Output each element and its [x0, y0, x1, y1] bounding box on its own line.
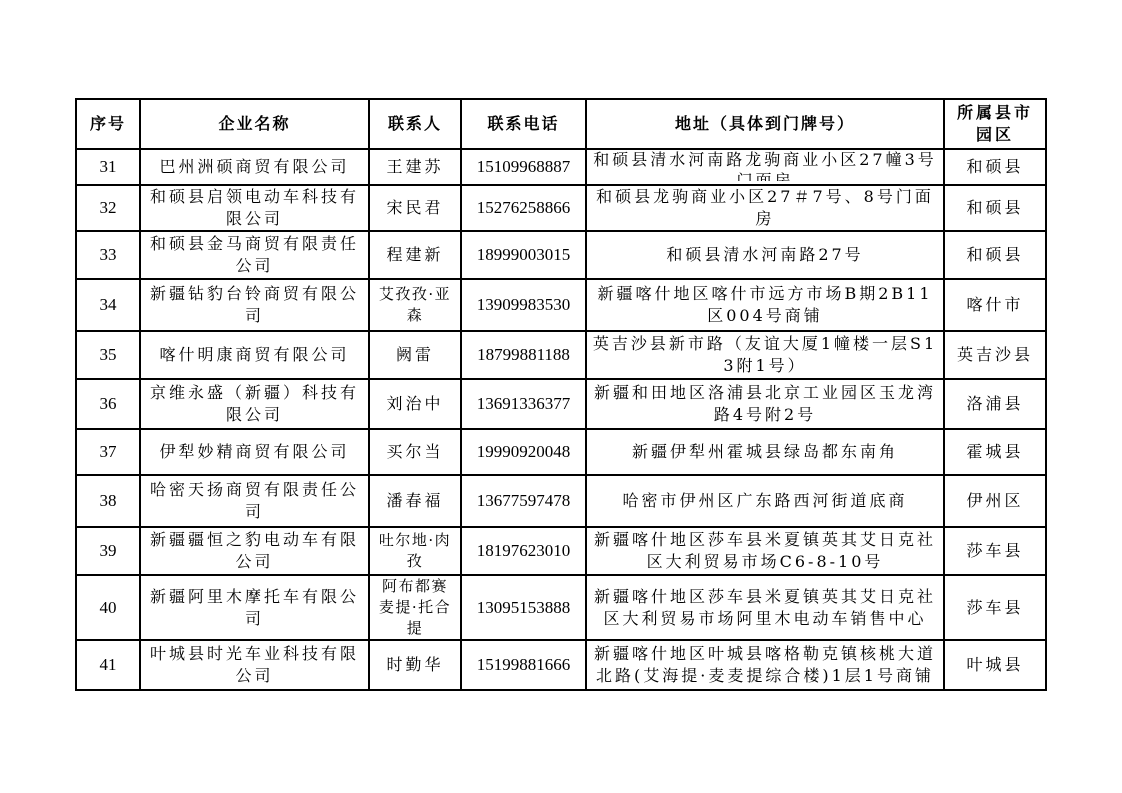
table-row: 40 新疆阿里木摩托车有限公司 阿布都赛麦提·托合提 13095153888 新…: [76, 575, 1046, 640]
header-row: 序号 企业名称 联系人 联系电话 地址（具体到门牌号） 所属县市园区: [76, 99, 1046, 149]
cell-region: 英吉沙县: [944, 331, 1046, 379]
cell-region: 霍城县: [944, 429, 1046, 475]
cell-region: 和硕县: [944, 231, 1046, 279]
table-row: 37 伊犁妙精商贸有限公司 买尔当 19990920048 新疆伊犁州霍城县绿岛…: [76, 429, 1046, 475]
header-company: 企业名称: [140, 99, 369, 149]
cell-phone: 15276258866: [461, 185, 586, 231]
cell-no: 36: [76, 379, 140, 429]
table-row: 33 和硕县金马商贸有限责任公司 程建新 18999003015 和硕县清水河南…: [76, 231, 1046, 279]
cell-company: 叶城县时光车业科技有限公司: [140, 640, 369, 690]
cell-region: 洛浦县: [944, 379, 1046, 429]
cell-no: 31: [76, 149, 140, 185]
cell-company: 和硕县启领电动车科技有限公司: [140, 185, 369, 231]
cell-no: 35: [76, 331, 140, 379]
cell-company: 新疆阿里木摩托车有限公司: [140, 575, 369, 640]
cell-phone: 18799881188: [461, 331, 586, 379]
cell-company: 伊犁妙精商贸有限公司: [140, 429, 369, 475]
cell-phone: 13677597478: [461, 475, 586, 527]
header-address: 地址（具体到门牌号）: [586, 99, 944, 149]
table-row: 38 哈密天扬商贸有限责任公司 潘春福 13677597478 哈密市伊州区广东…: [76, 475, 1046, 527]
table-row: 34 新疆钻豹台铃商贸有限公司 艾孜孜·亚森 13909983530 新疆喀什地…: [76, 279, 1046, 331]
cell-contact: 王建苏: [369, 149, 461, 185]
cell-address: 新疆喀什地区喀什市远方市场B期2B11区004号商铺: [586, 279, 944, 331]
table-row: 32 和硕县启领电动车科技有限公司 宋民君 15276258866 和硕县龙驹商…: [76, 185, 1046, 231]
cell-address: 新疆伊犁州霍城县绿岛都东南角: [586, 429, 944, 475]
company-table: 序号 企业名称 联系人 联系电话 地址（具体到门牌号） 所属县市园区 31 巴州…: [75, 98, 1047, 691]
cell-region: 和硕县: [944, 185, 1046, 231]
cell-contact: 艾孜孜·亚森: [369, 279, 461, 331]
cell-company: 喀什明康商贸有限公司: [140, 331, 369, 379]
cell-address: 和硕县龙驹商业小区27＃7号、8号门面房: [586, 185, 944, 231]
cell-contact: 宋民君: [369, 185, 461, 231]
table-row: 31 巴州洲硕商贸有限公司 王建苏 15109968887 和硕县清水河南路龙驹…: [76, 149, 1046, 185]
cell-contact: 吐尔地·肉孜: [369, 527, 461, 575]
header-contact: 联系人: [369, 99, 461, 149]
cell-phone: 13909983530: [461, 279, 586, 331]
cell-address: 英吉沙县新市路（友谊大厦1幢楼一层S13附1号）: [586, 331, 944, 379]
cell-address: 哈密市伊州区广东路西河街道底商: [586, 475, 944, 527]
cell-phone: 13095153888: [461, 575, 586, 640]
table-row: 36 京维永盛（新疆）科技有限公司 刘治中 13691336377 新疆和田地区…: [76, 379, 1046, 429]
header-no: 序号: [76, 99, 140, 149]
cell-contact: 阿布都赛麦提·托合提: [369, 575, 461, 640]
cell-address: 新疆喀什地区莎车县米夏镇英其艾日克社区大利贸易市场C6-8-10号: [586, 527, 944, 575]
cell-address: 新疆和田地区洛浦县北京工业园区玉龙湾路4号附2号: [586, 379, 944, 429]
cell-contact: 潘春福: [369, 475, 461, 527]
cell-company: 新疆钻豹台铃商贸有限公司: [140, 279, 369, 331]
cell-contact: 时勤华: [369, 640, 461, 690]
cell-address: 和硕县清水河南路龙驹商业小区27幢3号门面房: [586, 149, 944, 185]
table-row: 39 新疆疆恒之豹电动车有限公司 吐尔地·肉孜 18197623010 新疆喀什…: [76, 527, 1046, 575]
cell-phone: 13691336377: [461, 379, 586, 429]
cell-phone: 19990920048: [461, 429, 586, 475]
header-region: 所属县市园区: [944, 99, 1046, 149]
cell-address: 新疆喀什地区叶城县喀格勒克镇核桃大道北路(艾海提·麦麦提综合楼)1层1号商铺: [586, 640, 944, 690]
cell-address: 和硕县清水河南路27号: [586, 231, 944, 279]
cell-no: 41: [76, 640, 140, 690]
cell-phone: 18197623010: [461, 527, 586, 575]
cell-company: 巴州洲硕商贸有限公司: [140, 149, 369, 185]
cell-contact: 阙雷: [369, 331, 461, 379]
cell-region: 伊州区: [944, 475, 1046, 527]
cell-no: 39: [76, 527, 140, 575]
cell-no: 34: [76, 279, 140, 331]
cell-region: 叶城县: [944, 640, 1046, 690]
cell-region: 莎车县: [944, 527, 1046, 575]
cell-company: 和硕县金马商贸有限责任公司: [140, 231, 369, 279]
cell-phone: 15109968887: [461, 149, 586, 185]
table-row: 35 喀什明康商贸有限公司 阙雷 18799881188 英吉沙县新市路（友谊大…: [76, 331, 1046, 379]
cell-no: 33: [76, 231, 140, 279]
cell-contact: 刘治中: [369, 379, 461, 429]
header-phone: 联系电话: [461, 99, 586, 149]
table-row: 41 叶城县时光车业科技有限公司 时勤华 15199881666 新疆喀什地区叶…: [76, 640, 1046, 690]
cell-company: 京维永盛（新疆）科技有限公司: [140, 379, 369, 429]
cell-region: 和硕县: [944, 149, 1046, 185]
cell-phone: 15199881666: [461, 640, 586, 690]
cell-company: 哈密天扬商贸有限责任公司: [140, 475, 369, 527]
cell-no: 32: [76, 185, 140, 231]
cell-region: 喀什市: [944, 279, 1046, 331]
cell-contact: 买尔当: [369, 429, 461, 475]
cell-region: 莎车县: [944, 575, 1046, 640]
cell-no: 40: [76, 575, 140, 640]
cell-phone: 18999003015: [461, 231, 586, 279]
cell-contact: 程建新: [369, 231, 461, 279]
cell-no: 38: [76, 475, 140, 527]
cell-company: 新疆疆恒之豹电动车有限公司: [140, 527, 369, 575]
cell-no: 37: [76, 429, 140, 475]
cell-address: 新疆喀什地区莎车县米夏镇英其艾日克社区大利贸易市场阿里木电动车销售中心: [586, 575, 944, 640]
company-table-container: 序号 企业名称 联系人 联系电话 地址（具体到门牌号） 所属县市园区 31 巴州…: [75, 98, 1047, 691]
